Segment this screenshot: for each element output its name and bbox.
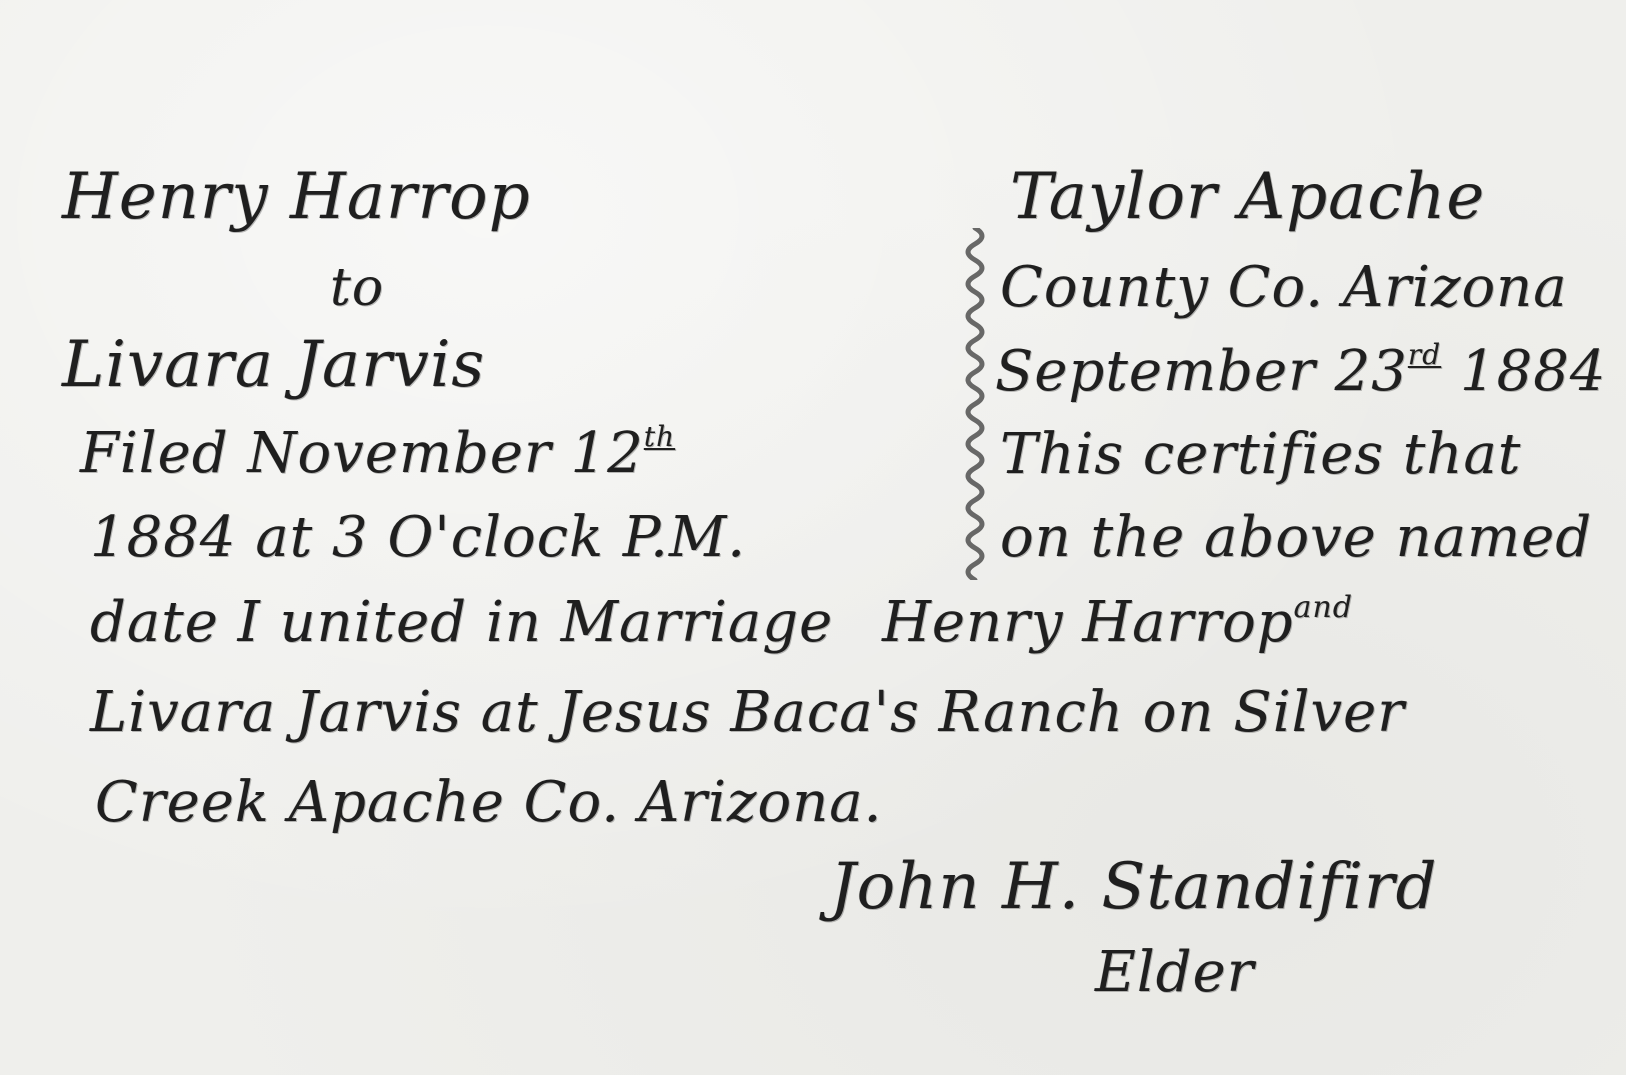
jurisdiction-line-2: County Co. Arizona <box>1000 255 1568 320</box>
document-page: Henry Harrop to Livara Jarvis Filed Nove… <box>0 0 1626 1075</box>
body-line-1: date I united in Marriage Henry Harropan… <box>90 590 1353 655</box>
certificate-date-text: September 23 <box>995 339 1408 404</box>
jurisdiction-line-1: Taylor Apache <box>1010 160 1485 234</box>
body-and: and <box>1294 590 1353 625</box>
wavy-stamp-icon <box>955 228 995 580</box>
filed-date-text: Filed November 12 <box>80 421 644 486</box>
body-line-3: Creek Apache Co. Arizona. <box>95 770 882 835</box>
bride-name-heading: Livara Jarvis <box>62 328 485 402</box>
groom-name-heading: Henry Harrop <box>62 160 531 234</box>
officiant-signature: John H. Standifird <box>830 850 1438 924</box>
filed-time-line: 1884 at 3 O'clock P.M. <box>90 505 746 570</box>
body-line-1-text: date I united in Marriage <box>90 590 833 655</box>
officiant-title: Elder <box>1095 940 1255 1005</box>
certificate-date-year: 1884 <box>1460 339 1607 404</box>
body-line-2: Livara Jarvis at Jesus Baca's Ranch on S… <box>90 680 1405 745</box>
body-groom-name: Henry Harrop <box>882 590 1294 655</box>
filed-date-ordinal: th <box>644 420 675 453</box>
certifies-line: This certifies that <box>1000 422 1521 487</box>
above-named-line: on the above named <box>1000 505 1592 570</box>
filed-date-line: Filed November 12th <box>80 420 675 486</box>
connector-to: to <box>330 258 384 318</box>
certificate-date-ordinal: rd <box>1408 338 1441 371</box>
certificate-date-line: September 23rd 1884 <box>995 338 1607 404</box>
